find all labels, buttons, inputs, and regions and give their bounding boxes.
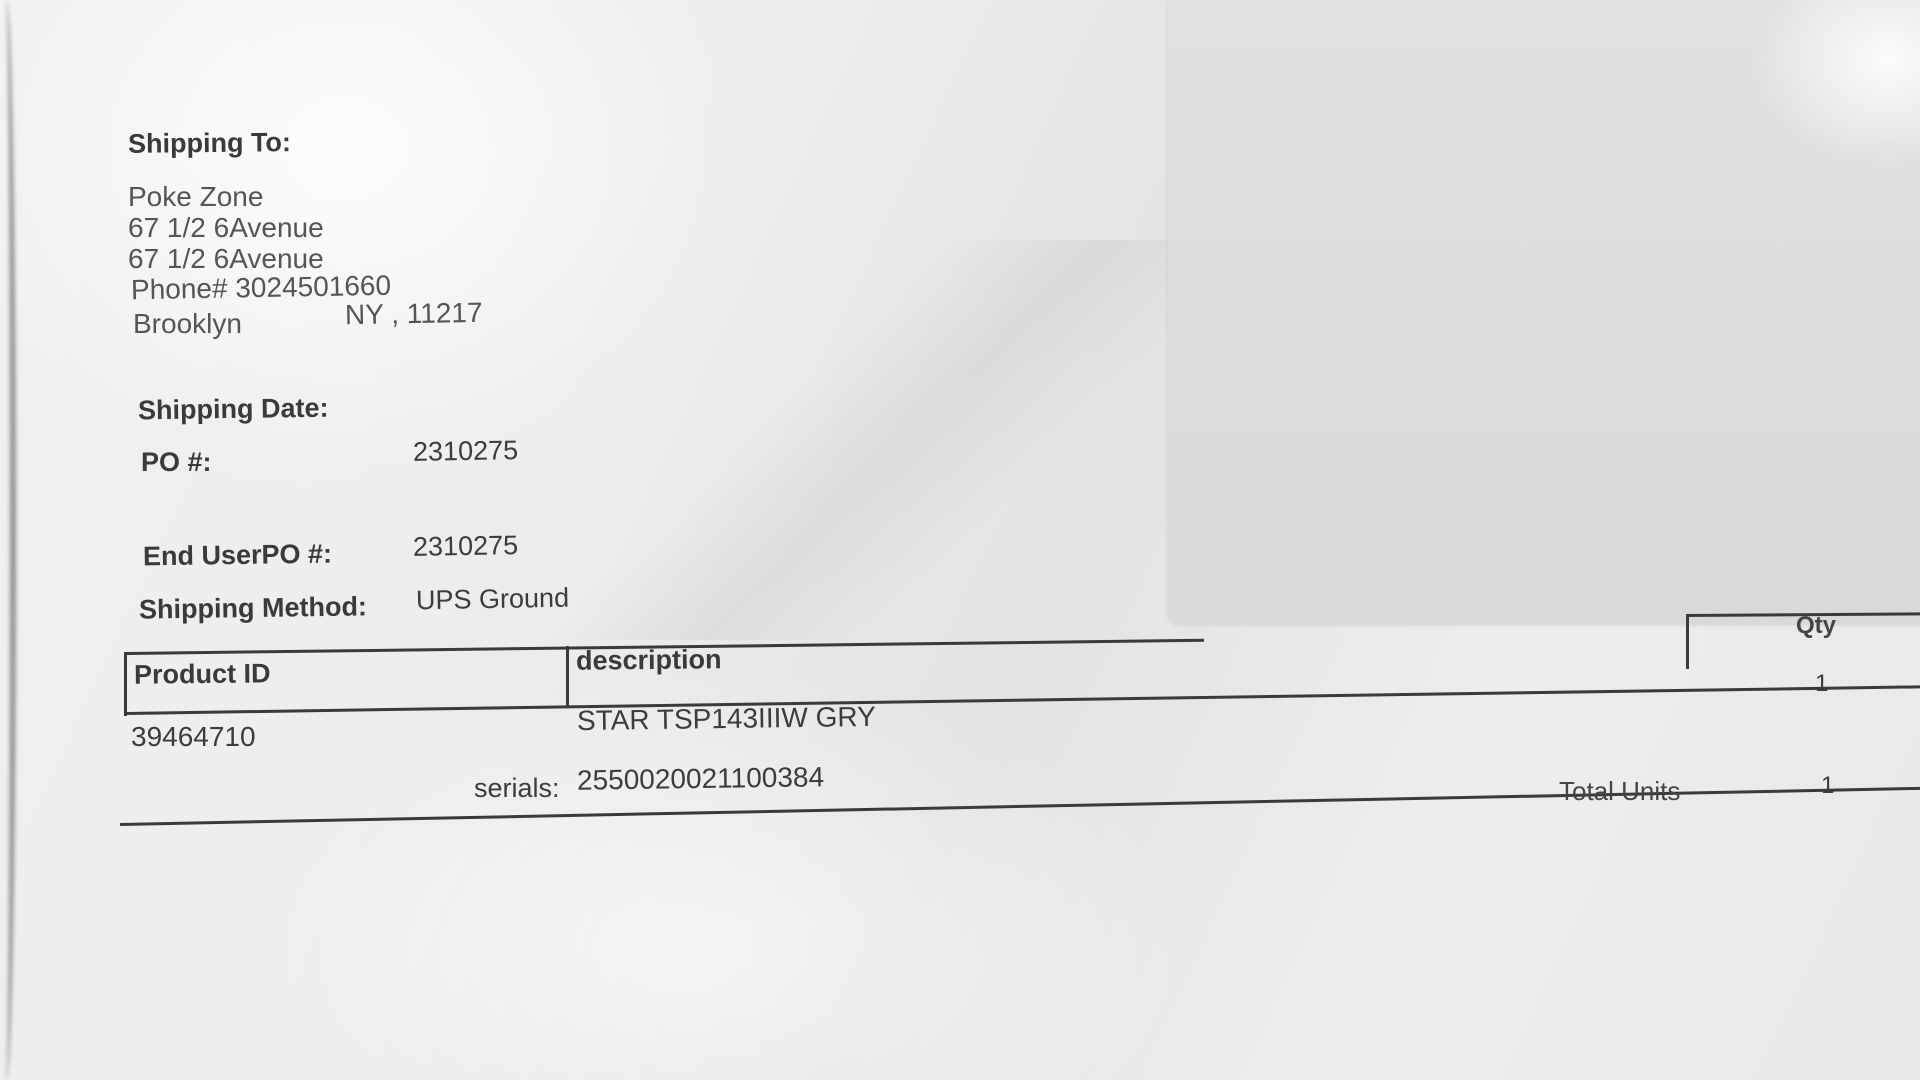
- column-divider-product-description: [566, 646, 569, 706]
- description-cell: STAR TSP143IIIW GRY: [577, 701, 876, 737]
- address-line-2: 67 1/2 6Avenue: [128, 243, 324, 275]
- product-id-cell: 39464710: [131, 721, 256, 753]
- shipping-to-label: Shipping To:: [128, 127, 291, 160]
- column-divider-description-qty: [1686, 614, 1689, 669]
- qty-cell: 1: [1815, 670, 1828, 698]
- shipping-slip: Shipping To: Poke Zone 67 1/2 6Avenue 67…: [0, 0, 1920, 1080]
- column-header-product-id: Product ID: [134, 658, 271, 690]
- state-zip: NY , 11217: [345, 297, 483, 331]
- column-header-description: description: [576, 644, 722, 677]
- shipping-method-value: UPS Ground: [416, 583, 570, 617]
- recipient-name: Poke Zone: [128, 181, 263, 213]
- po-label: PO #:: [141, 447, 212, 478]
- serials-label: serials:: [474, 773, 560, 804]
- shipping-date-label: Shipping Date:: [138, 393, 329, 427]
- column-header-qty: Qty: [1796, 612, 1836, 640]
- end-user-po-label: End UserPO #:: [143, 539, 332, 573]
- city: Brooklyn: [133, 308, 242, 340]
- serials-value: 2550020021100384: [577, 761, 825, 796]
- shipping-method-label: Shipping Method:: [139, 591, 367, 625]
- total-units-label: Total Units: [1559, 776, 1680, 807]
- table-left-border: [124, 654, 127, 716]
- end-user-po-value: 2310275: [413, 530, 519, 563]
- total-units-value: 1: [1821, 772, 1834, 800]
- header-bottom-rule: [124, 685, 1920, 715]
- address-line-1: 67 1/2 6Avenue: [128, 212, 324, 244]
- po-value: 2310275: [413, 435, 519, 468]
